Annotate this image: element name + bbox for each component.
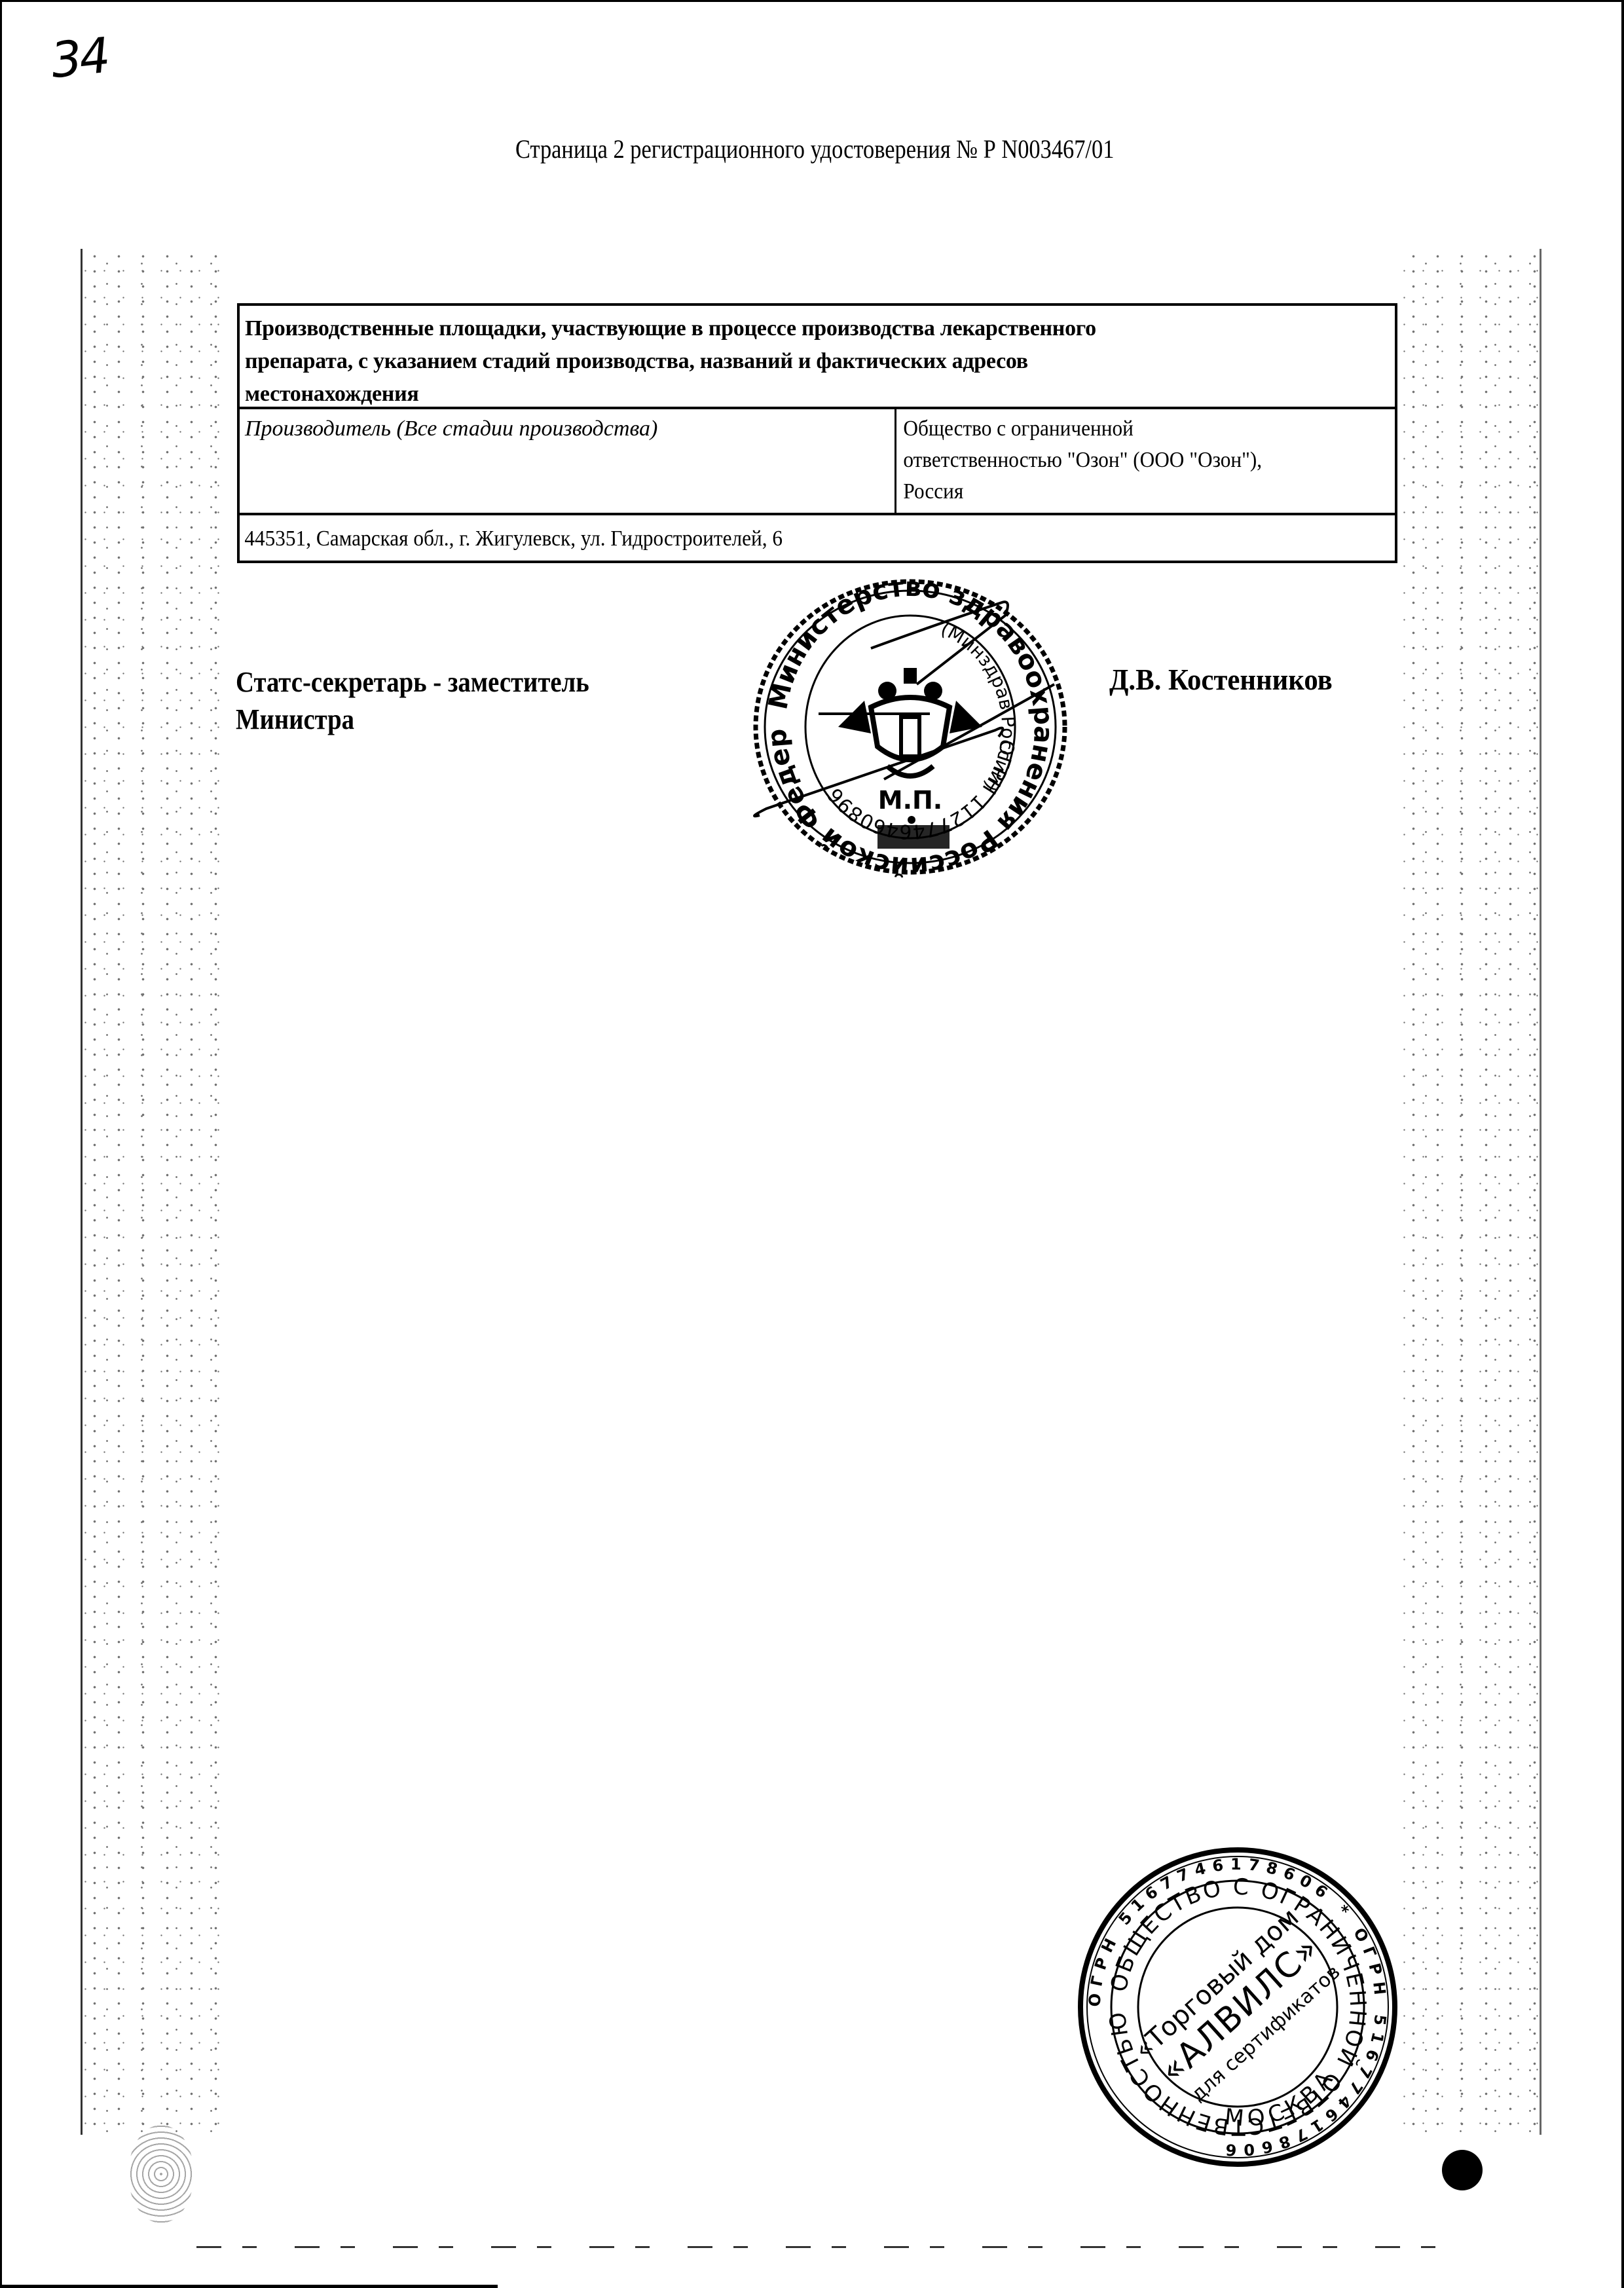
inner-page-edge-right (1540, 249, 1541, 2135)
scan-border-left (0, 0, 2, 2288)
scan-dot-mark (1442, 2150, 1483, 2190)
scan-border-top (0, 0, 1624, 2)
address-row: 445351, Самарская обл., г. Жигулевск, ул… (240, 515, 1302, 561)
table-header-line: Производственные площадки, участвующие в… (245, 312, 1390, 345)
ministry-seal-stamp: Министерство здравоохранения Российской … (747, 576, 1074, 877)
scan-border-right (1621, 0, 1624, 2288)
scan-smudge (128, 2125, 194, 2223)
table-header-line: препарата, с указанием стадий производст… (245, 345, 1390, 378)
organization-line: Общество с ограниченной (903, 413, 1350, 445)
table-header-line: местонахождения (245, 378, 1390, 411)
scan-dash-bottom (196, 2246, 1467, 2248)
signatory-title-line: Министра (236, 701, 589, 738)
signatory-title: Статс-секретарь - заместитель Министра (236, 663, 589, 738)
signatory-title-line: Статс-секретарь - заместитель (236, 663, 589, 701)
scan-noise-left (83, 249, 233, 2135)
organization-cell: Общество с ограниченной ответственностью… (898, 409, 1355, 521)
scan-border-bottom (0, 2285, 498, 2288)
company-certificate-stamp: ОГРН 5167746178606 * ОГРН 5167746178606 … (1074, 1843, 1401, 2171)
organization-line: ответственностью "Озон" (ООО "Озон"), (903, 445, 1350, 476)
scan-noise-right (1401, 249, 1539, 2135)
handwritten-page-mark: 34 (48, 31, 109, 86)
table-row: Производитель (Все стадии производства) … (240, 409, 1395, 515)
signatory-name: Д.В. Костенников (1109, 661, 1333, 698)
production-sites-table: Производственные площадки, участвующие в… (237, 303, 1397, 563)
production-stage-cell: Производитель (Все стадии производства) (240, 409, 896, 513)
page-title: Страница 2 регистрационного удостоверени… (117, 134, 1513, 165)
ministry-seal-center-text: М.П. (878, 786, 943, 815)
organization-line: Россия (903, 476, 1350, 507)
table-header-row: Производственные площадки, участвующие в… (240, 306, 1395, 409)
